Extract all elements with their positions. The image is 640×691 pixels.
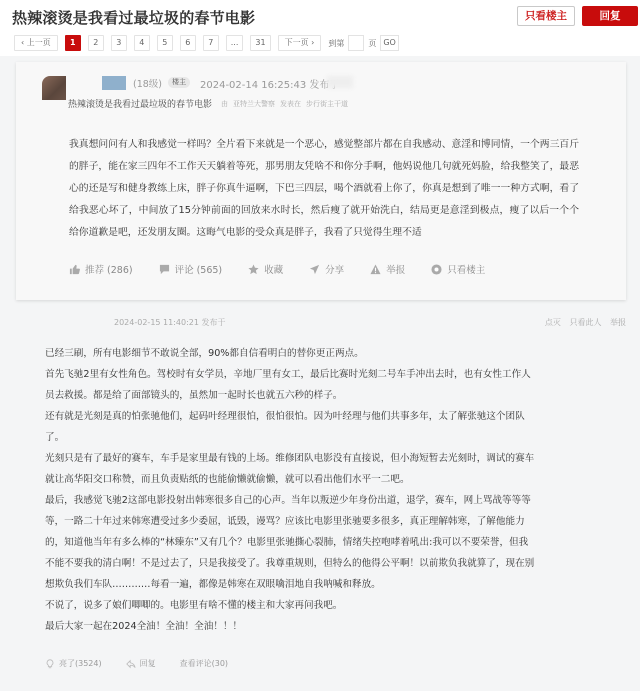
reply-ops: 点灭 只看此人 举报 — [539, 317, 626, 328]
favorite-label: 收藏 — [264, 262, 283, 276]
star-icon — [248, 264, 259, 275]
reply-button[interactable]: 回复 — [582, 6, 638, 26]
page-31-button[interactable]: 31 — [250, 35, 270, 51]
only-this-user-link[interactable]: 只看此人 — [569, 318, 601, 327]
post-source: 由亚特兰大警察发表在步行街主干道 — [221, 99, 353, 109]
reply-paragraph: 不说了，说多了娘们唧唧的。电影里有啥不懂的楼主和大家再问我吧。 — [45, 595, 535, 616]
reply-paragraph: 首先飞驰2里有女性角色。驾校时有女学员，辛地厂里有女工，最后比赛时光刻二号车手冲… — [45, 364, 535, 406]
only-op-link[interactable]: 只看楼主 — [431, 262, 485, 276]
report-label: 举报 — [386, 262, 405, 276]
op-badge: 楼主 — [168, 77, 190, 88]
reply-timestamp: 2024-02-15 11:40:21 发布于 — [114, 317, 226, 328]
next-page-button[interactable]: 下一页 › — [278, 35, 322, 51]
prev-page-button[interactable]: ‹ 上一页 — [14, 35, 58, 51]
avatar[interactable] — [42, 76, 66, 100]
location-redacted — [327, 76, 353, 88]
comment-button[interactable]: 评论 (565) — [159, 262, 223, 276]
page-5-button[interactable]: 5 — [157, 35, 173, 51]
comment-icon — [159, 264, 170, 275]
share-button[interactable]: 分享 — [309, 262, 344, 276]
page-7-button[interactable]: 7 — [203, 35, 219, 51]
reply-footer: 亮了(3524) 回复 查看评论(30) — [45, 658, 252, 669]
reply-link[interactable]: 回复 — [126, 658, 156, 669]
user-level: (18级) — [133, 76, 162, 90]
username-redacted[interactable] — [102, 76, 126, 90]
warning-icon — [370, 264, 381, 275]
lightbulb-icon — [45, 659, 55, 669]
view-comments-label: 查看评论(30) — [180, 658, 228, 669]
thumbs-up-icon — [69, 264, 80, 275]
page-4-button[interactable]: 4 — [134, 35, 150, 51]
page-2-button[interactable]: 2 — [88, 35, 104, 51]
original-post: (18级) 楼主 2024-02-14 16:25:43 发布于 热辣滚烫是我看… — [16, 62, 626, 300]
goto-suffix: 页 — [368, 38, 376, 49]
page-ellipsis: ... — [226, 35, 244, 51]
thread-title: 热辣滚烫是我看过最垃圾的春节电影 — [12, 7, 255, 28]
reply-paragraph: 还有就是光刻是真的怕张驰他们，起码叶经理很怕，很怕很怕。因为叶经理与他们共事多年… — [45, 406, 535, 448]
only-op-button[interactable]: 只看楼主 — [517, 6, 575, 26]
goto-prefix: 到第 — [328, 38, 344, 49]
reply-post: 2024-02-15 11:40:21 发布于 点灭 只看此人 举报 已经三刷，… — [0, 305, 640, 691]
reply-icon — [126, 659, 136, 669]
reply-paragraph: 最后，我感觉飞驰2这部电影投射出韩寒很多自己的心声。当年以叛逆少年身份出道，退学… — [45, 490, 535, 595]
pagination: ‹ 上一页 1 2 3 4 5 6 7 ... 31 下一页 › 到第 页 GO — [14, 35, 399, 51]
report-button[interactable]: 举报 — [370, 262, 405, 276]
post-actions: 推荐 (286) 评论 (565) 收藏 分享 举报 只看楼主 — [69, 262, 511, 276]
reply-paragraph: 已经三刷，所有电影细节不敢说全部，90%都自信看明白的替你更正两点。 — [45, 343, 535, 364]
dislike-link[interactable]: 点灭 — [545, 318, 561, 327]
post-timestamp: 2024-02-14 16:25:43 发布于 — [200, 76, 339, 91]
favorite-button[interactable]: 收藏 — [248, 262, 283, 276]
post-body: 我真想问问有人和我感觉一样吗？全片看下来就是一个恶心，感觉整部片都在自我感动、意… — [69, 134, 579, 244]
eye-icon — [431, 264, 442, 275]
reply-label: 回复 — [140, 658, 156, 669]
recommend-label: 推荐 (286) — [85, 262, 133, 276]
report-link[interactable]: 举报 — [610, 318, 626, 327]
reply-body: 已经三刷，所有电影细节不敢说全部，90%都自信看明白的替你更正两点。 首先飞驰2… — [45, 343, 535, 637]
page-3-button[interactable]: 3 — [111, 35, 127, 51]
source-board-link[interactable]: 步行街主干道 — [306, 100, 348, 108]
goto-page-input[interactable] — [348, 35, 364, 51]
page-6-button[interactable]: 6 — [180, 35, 196, 51]
comment-label: 评论 (565) — [175, 262, 223, 276]
light-up-label: 亮了(3524) — [59, 658, 102, 669]
recommend-button[interactable]: 推荐 (286) — [69, 262, 133, 276]
page-1-button[interactable]: 1 — [65, 35, 81, 51]
reply-paragraph: 光刻只是有了最好的赛车，车手是家里最有钱的上场。维修团队电影没有直接说，但小海短… — [45, 448, 535, 490]
source-author-link[interactable]: 亚特兰大警察 — [233, 100, 275, 108]
source-posted-in: 发表在 — [280, 100, 301, 108]
source-by: 由 — [221, 100, 228, 108]
share-icon — [309, 264, 320, 275]
go-button[interactable]: GO — [380, 35, 399, 51]
light-up-button[interactable]: 亮了(3524) — [45, 658, 102, 669]
only-op-label: 只看楼主 — [447, 262, 485, 276]
post-subject: 热辣滚烫是我看过最垃圾的春节电影 — [68, 97, 212, 110]
view-comments-link[interactable]: 查看评论(30) — [180, 658, 228, 669]
top-bar: 热辣滚烫是我看过最垃圾的春节电影 只看楼主 回复 ‹ 上一页 1 2 3 4 5… — [0, 0, 640, 56]
share-label: 分享 — [325, 262, 344, 276]
reply-paragraph: 最后大家一起在2024全油！全油！全油！！！ — [45, 616, 535, 637]
